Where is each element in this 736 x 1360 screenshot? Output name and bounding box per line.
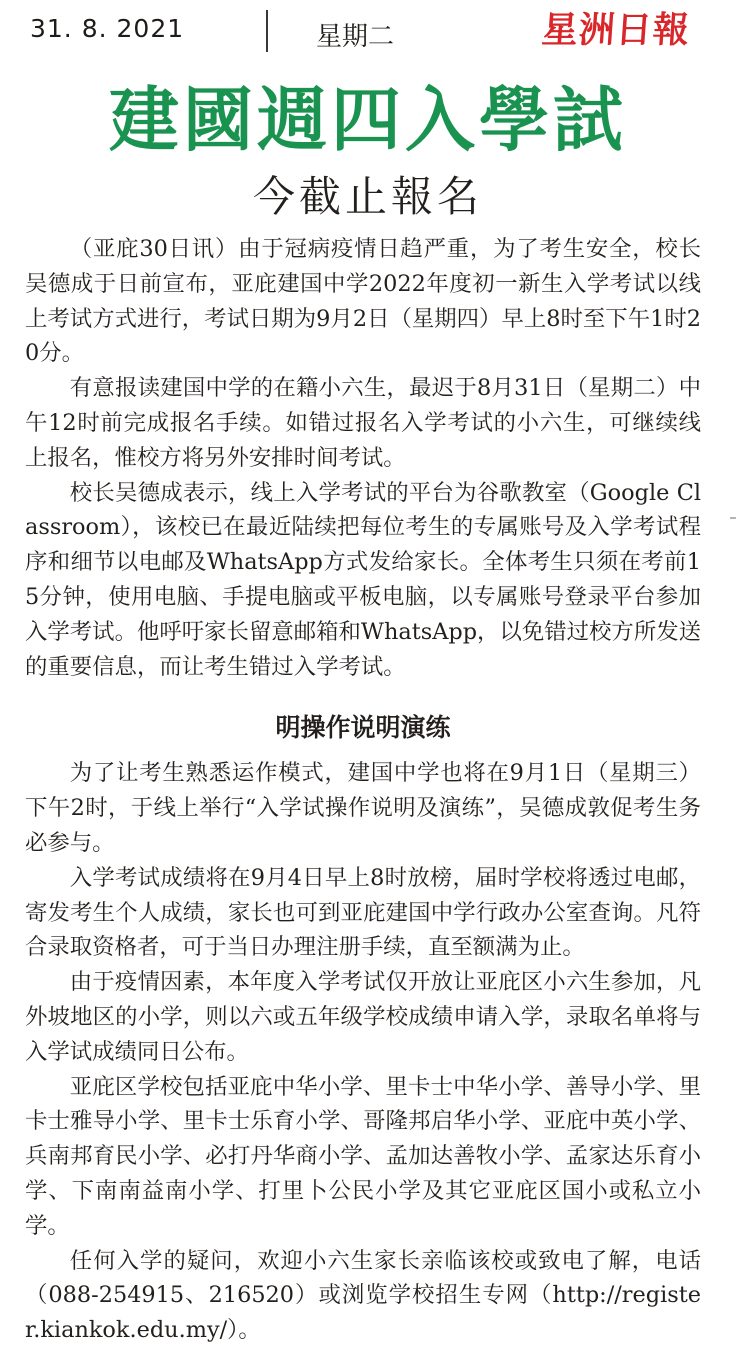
publication-date: 31. 8. 2021 <box>30 14 184 43</box>
article-paragraph: 入学考试成绩将在9月4日早上8时放榜，届时学校将透过电邮，寄发考生个人成绩，家长… <box>25 861 701 965</box>
masthead: 31. 8. 2021 星期二 星洲日報 <box>0 0 736 60</box>
article-paragraph: 校长吴德成表示，线上入学考试的平台为谷歌教室（Google Classroom）… <box>25 476 701 685</box>
masthead-divider <box>266 10 268 52</box>
article-paragraph: 由于疫情因素，本年度入学考试仅开放让亚庇区小六生参加，凡外坡地区的小学，则以六或… <box>25 965 701 1069</box>
page-edge-mark <box>730 517 736 519</box>
article-paragraph: （亚庇30日讯）由于冠病疫情日趋严重，为了考生安全，校长吴德成于日前宣布，亚庇建… <box>25 232 701 371</box>
article-paragraph: 为了让考生熟悉运作模式，建国中学也将在9月1日（星期三）下午2时，于线上举行“入… <box>25 756 701 860</box>
article-body: （亚庇30日讯）由于冠病疫情日趋严重，为了考生安全，校长吴德成于日前宣布，亚庇建… <box>25 232 701 1348</box>
article-subheadline: 今截止報名 <box>0 170 736 224</box>
article-paragraph: 有意报读建国中学的在籍小六生，最迟于8月31日（星期二）中午12时前完成报名手续… <box>25 371 701 475</box>
article-headline: 建國週四入學試 <box>0 78 736 162</box>
article-paragraph: 亚庇区学校包括亚庇中华小学、里卡士中华小学、善导小学、里卡士雅导小学、里卡士乐育… <box>25 1070 701 1244</box>
article-paragraph: 任何入学的疑问，欢迎小六生家长亲临该校或致电了解，电话（088-254915、2… <box>25 1244 701 1348</box>
newspaper-logo: 星洲日報 <box>540 2 692 53</box>
section-heading: 明操作说明演练 <box>25 708 701 748</box>
publication-weekday: 星期二 <box>316 16 394 53</box>
